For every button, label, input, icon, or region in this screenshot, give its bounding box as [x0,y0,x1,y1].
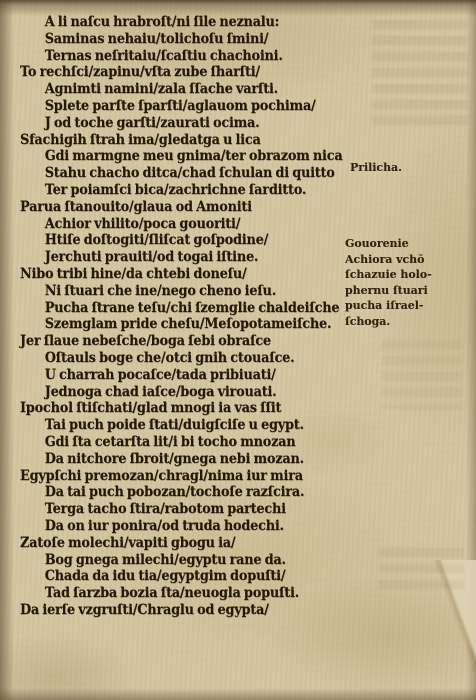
poem-line: Ter poiamſci bica/zachrichne ſarditto. [20,182,353,199]
show-through-mark [378,548,464,594]
margin-note-line: pucha iſrael- [345,298,432,314]
poem-line: Nibo tribi hine/da chtebi doneſu/ [20,266,353,283]
poem-line: Sfachigih ſtrah ima/gledatga u lica [20,132,353,149]
page-edge-left [0,0,14,700]
margin-note-prilicha: Prilicha. [350,160,402,176]
poem-line: Ni ſtuari che ine/nego cheno ieſu. [20,283,353,300]
poem-line: Stahu chacho ditca/chad ſchulan di quitt… [20,165,353,182]
margin-note-gouorenie: GouorenieAchiora vchōſchazuie holo-phern… [345,236,432,329]
show-through-mark [372,20,468,130]
margin-note-line: phernu ſtuari [345,283,432,299]
margin-note-line: ſchazuie holo- [345,267,432,283]
show-through-mark [382,340,462,410]
poem-line: Da on iur ponira/od truda hodechi. [20,518,353,535]
poem-line: Da ierſe vzgruſti/Chraglu od egypta/ [20,602,353,619]
poem-line: Chada da idu tia/egyptgim dopuſti/ [20,568,353,585]
poem-line: U charrah pocaſce/tada pribiuati/ [20,367,353,384]
margin-note-line: Gouorenie [345,236,432,252]
poem-line: Gdi ſta cetarſta lit/i bi tocho mnozan [20,434,353,451]
poem-line: Gdi marmgne meu gnima/ter obrazom nica [20,148,353,165]
poem-line: Da tai puch pobozan/tochoſe razſcira. [20,484,353,501]
poem-line: Terga tacho ſtira/rabotom partechi [20,501,353,518]
poem-line: Egypſchi premozan/chragl/nima iur mira [20,468,353,485]
poem-line: Jer ſlaue nebeſche/boga ſebi obraſce [20,333,353,350]
poem-line: Pucha ſtrane teſu/chi ſzemglie chaldeiſc… [20,300,353,317]
poem-line: Agnimti namini/zala ſſache varſti. [20,81,353,98]
poem-line: Da nitchore ſbroit/gnega nebi mozan. [20,451,353,468]
poem-line: Saminas nehaiu/tolichoſu ſmini/ [20,31,353,48]
poem-line: Ipochol ſtiſchati/glad mnogi ia vas ſſit [20,400,353,417]
poem-line: Bog gnega milechi/egyptu rane da. [20,552,353,569]
poem-line: Szemglam pride cheſu/Meſopotameiſche. [20,316,353,333]
book-page: A li naſcu hrabroſt/ni ſile neznalu:Sami… [0,0,476,700]
page-edge-bottom [0,688,476,700]
poem-line: To rechſci/zapinu/vſta zube ſharſti/ [20,64,353,81]
margin-note-line: ſchoga. [345,314,432,330]
poem-line: Achior vhilito/poca gouoriti/ [20,216,353,233]
poem-text-block: A li naſcu hrabroſt/ni ſile neznalu:Sami… [20,14,370,619]
poem-line: Parua ſtanouito/glaua od Amoniti [20,199,353,216]
poem-line: Tai puch poide ſtati/duigſciſe u egypt. [20,417,353,434]
poem-line: J od toche garſti/zaurati ocima. [20,115,353,132]
poem-line: Jerchuti prauiti/od togai iſtine. [20,249,353,266]
poem-line: Oſtauls boge che/otci gnih ctouaſce. [20,350,353,367]
poem-line: Splete parſte ſparſti/aglauom pochima/ [20,98,353,115]
poem-line: Jednoga chad iaſce/boga virouati. [20,384,353,401]
margin-note-line: Achiora vchō [345,252,432,268]
poem-line: Ternas neſritaiu/ſcaſtiu chachoini. [20,48,353,65]
poem-line: A li naſcu hrabroſt/ni ſile neznalu: [20,14,353,31]
poem-line: Zatoſe molechi/vapiti gbogu ia/ [20,535,353,552]
poem-line: Tad ſarzba bozia ſta/neuogla popuſti. [20,585,353,602]
poem-line: Htiſe doſtogiti/ſliſcat goſpodine/ [20,232,353,249]
